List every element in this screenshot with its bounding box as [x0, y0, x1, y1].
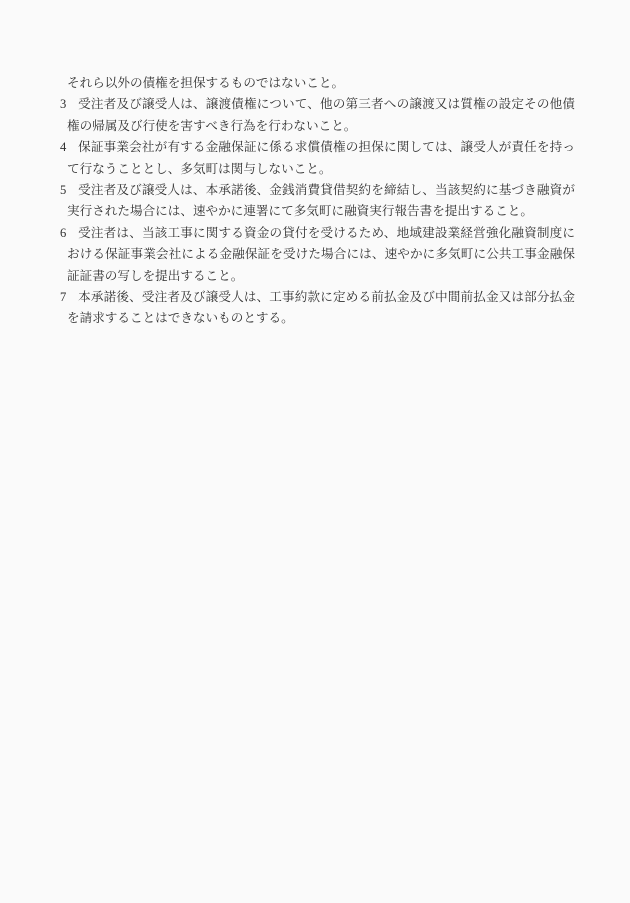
clause-item-6: 6受注者は、当該工事に関する資金の貸付を受けるため、地域建設業経営強化融資制度に…	[60, 223, 575, 287]
paragraph-continuation: それら以外の債権を担保するものではないこと。	[60, 73, 575, 94]
clause-number: 3	[60, 94, 78, 115]
clause-number: 6	[60, 223, 78, 244]
clause-item-5: 5受注者及び譲受人は、本承諾後、金銭消費貸借契約を締結し、当該契約に基づき融資が…	[60, 180, 575, 223]
clause-item-4: 4保証事業会社が有する金融保証に係る求償債権の担保に関しては、譲受人が責任を持っ…	[60, 137, 575, 180]
clause-text: 受注者及び譲受人は、譲渡債権について、他の第三者への譲渡又は質権の設定その他債権…	[67, 97, 575, 132]
clause-text: 受注者は、当該工事に関する資金の貸付を受けるため、地域建設業経営強化融資制度にお…	[67, 226, 575, 283]
document-page: それら以外の債権を担保するものではないこと。 3受注者及び譲受人は、譲渡債権につ…	[0, 0, 630, 903]
clause-text: 本承諾後、受注者及び譲受人は、工事約款に定める前払金及び中間前払金又は部分払金を…	[67, 290, 575, 325]
clause-text: 受注者及び譲受人は、本承諾後、金銭消費貸借契約を締結し、当該契約に基づき融資が実…	[67, 183, 575, 218]
document-text-block: それら以外の債権を担保するものではないこと。 3受注者及び譲受人は、譲渡債権につ…	[60, 73, 575, 330]
clause-text: 保証事業会社が有する金融保証に係る求償債権の担保に関しては、譲受人が責任を持って…	[67, 140, 575, 175]
clause-number: 7	[60, 287, 78, 308]
clause-item-7: 7本承諾後、受注者及び譲受人は、工事約款に定める前払金及び中間前払金又は部分払金…	[60, 287, 575, 330]
clause-item-3: 3受注者及び譲受人は、譲渡債権について、他の第三者への譲渡又は質権の設定その他債…	[60, 94, 575, 137]
clause-number: 5	[60, 180, 78, 201]
clause-number: 4	[60, 137, 78, 158]
